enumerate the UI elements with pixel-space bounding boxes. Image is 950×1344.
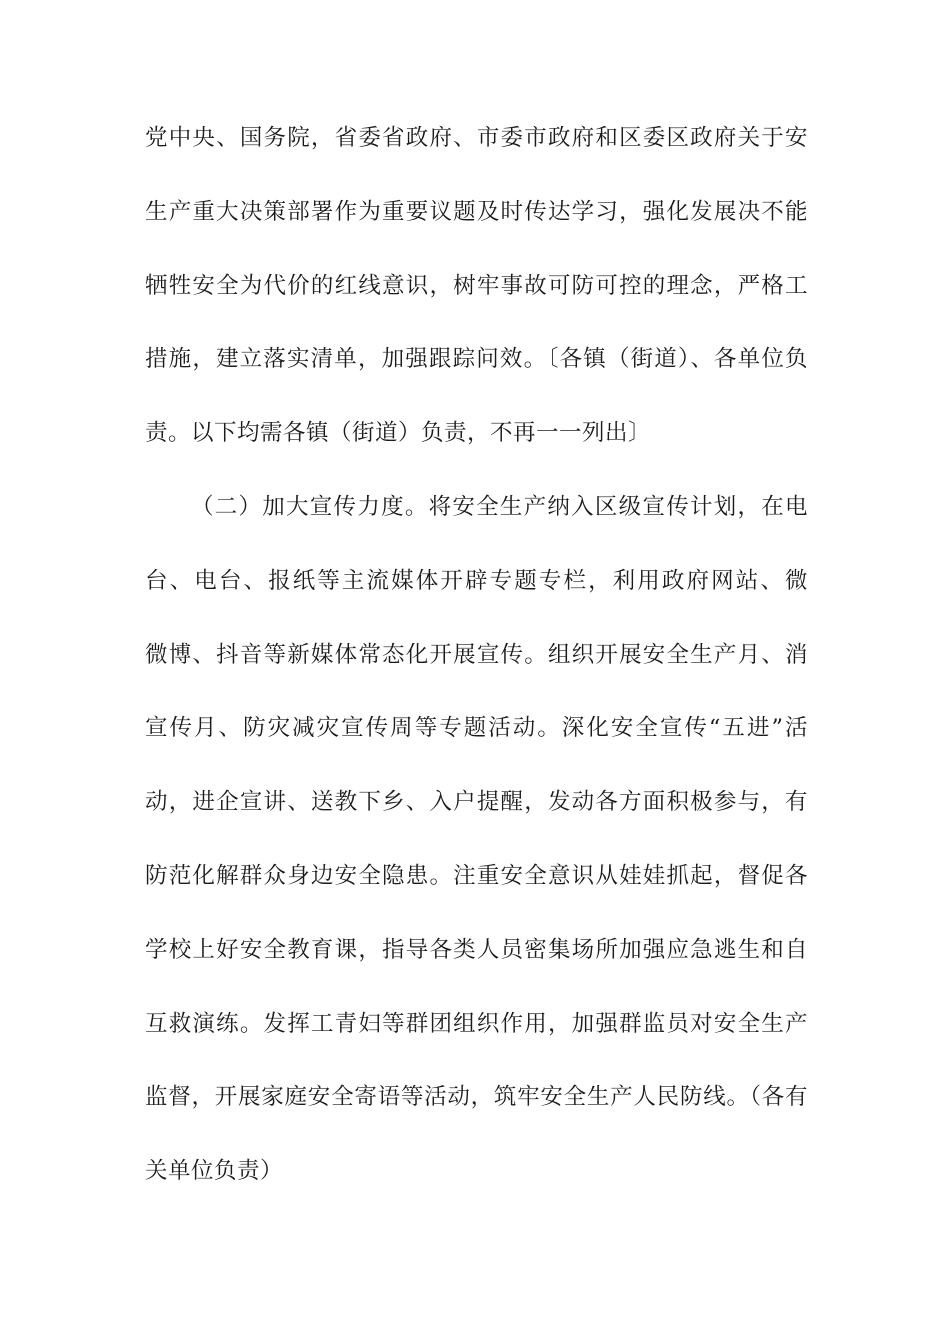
document-page: 党中央、国务院，省委省政府、市委市政府和区委区政府关于安全 生产重大决策部署作为… [0, 0, 950, 1344]
text-line-section-heading: （二）加大宣传力度。将安全生产纳入区级宣传计划，在电视 [145, 471, 808, 545]
text-line: 互救演练。发挥工青妇等群团组织作用，加强群监员对安全生产的 [145, 988, 808, 1062]
text-line: 监督，开展家庭安全寄语等活动，筑牢安全生产人民防线。（各有 [145, 1061, 808, 1135]
text-line: 台、电台、报纸等主流媒体开辟专题专栏，利用政府网站、微信、 [145, 545, 808, 619]
text-line: 防范化解群众身边安全隐患。注重安全意识从娃娃抓起，督促各类 [145, 840, 808, 914]
text-line: 关单位负责） [145, 1135, 808, 1209]
text-line: 学校上好安全教育课，指导各类人员密集场所加强应急逃生和自救 [145, 914, 808, 988]
text-line: 责。以下均需各镇（街道）负责，不再一一列出〕 [145, 397, 808, 471]
text-line: 生产重大决策部署作为重要议题及时传达学习，强化发展决不能以 [145, 176, 808, 250]
text-line: 微博、抖音等新媒体常态化开展宣传。组织开展安全生产月、消防 [145, 619, 808, 693]
paragraph-continuation: 党中央、国务院，省委省政府、市委市政府和区委区政府关于安全 生产重大决策部署作为… [145, 102, 808, 471]
text-line: 动，进企宣讲、送教下乡、入户提醒，发动各方面积极参与，有效 [145, 766, 808, 840]
paragraph-section-2: （二）加大宣传力度。将安全生产纳入区级宣传计划，在电视 台、电台、报纸等主流媒体… [145, 471, 808, 1209]
text-line: 措施，建立落实清单，加强跟踪问效。〔各镇（街道）、各单位负 [145, 323, 808, 397]
text-line: 牺牲安全为代价的红线意识，树牢事故可防可控的理念，严格工作 [145, 250, 808, 324]
document-text-block: 党中央、国务院，省委省政府、市委市政府和区委区政府关于安全 生产重大决策部署作为… [145, 102, 808, 1209]
text-line: 宣传月、防灾减灾宣传周等专题活动。深化安全宣传“五进”活 [145, 692, 808, 766]
text-line: 党中央、国务院，省委省政府、市委市政府和区委区政府关于安全 [145, 102, 808, 176]
